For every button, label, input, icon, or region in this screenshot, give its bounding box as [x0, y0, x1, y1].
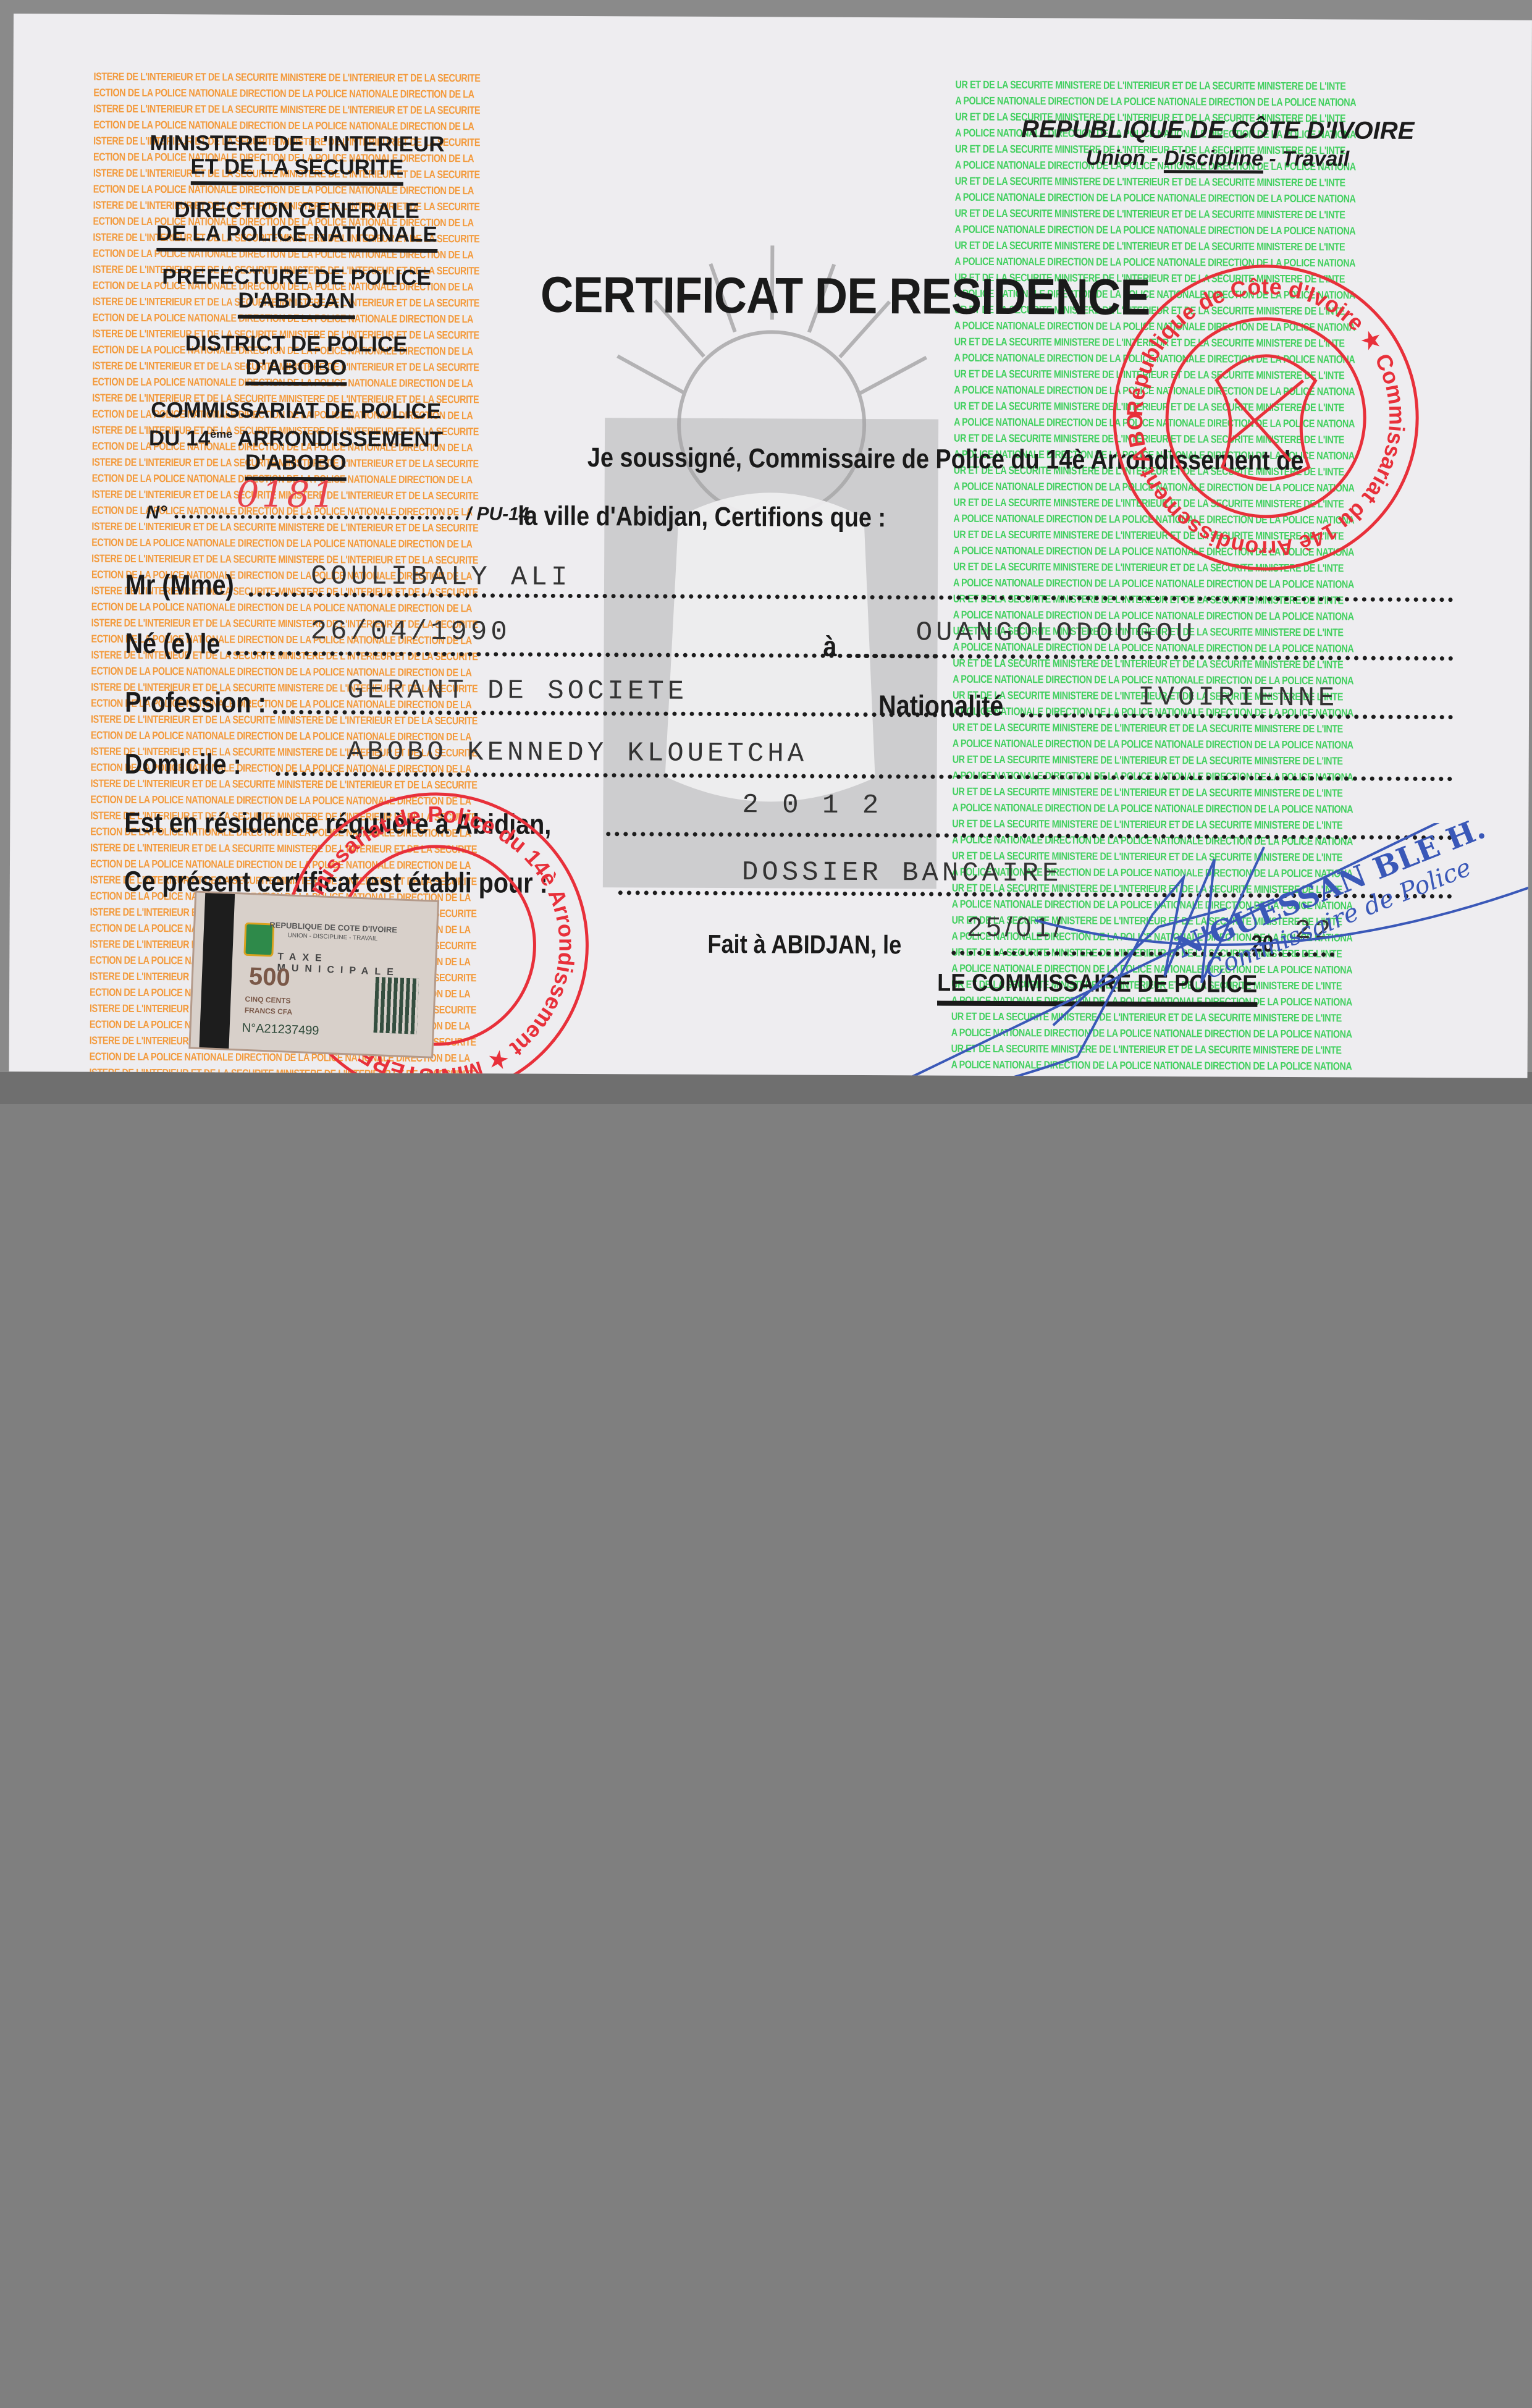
security-text-line: UR ET DE LA SECURITE MINISTERE DE L'INTE…	[952, 784, 1509, 802]
fiscal-stamp-black-band	[199, 893, 235, 1049]
field-profession: Profession : GERANT DE SOCIETE Nationali…	[125, 675, 1453, 724]
fiscal-stamp-serial: N°A21237499	[242, 1021, 319, 1039]
fiscal-stamp-amount-words-line2: FRANCS CFA	[245, 1005, 293, 1018]
number-label: N°	[146, 502, 167, 523]
prefecture-line1: PREFECTURE DE POLICE	[105, 265, 488, 290]
security-text-line: UR ET DE LA SECURITE MINISTERE DE L'INTE…	[955, 173, 1512, 192]
motto-discipline: Discipline	[1164, 146, 1263, 174]
security-text-line: A POLICE NATIONALE DIRECTION DE LA POLIC…	[955, 189, 1512, 208]
name-value: COULIBALY ALI	[311, 561, 571, 593]
security-text-line: A POLICE NATIONALE DIRECTION DE LA POLIC…	[954, 221, 1512, 240]
birth-place-value: OUANGOLODOUGOU	[916, 617, 1197, 649]
datamatrix-code-icon	[374, 977, 419, 1034]
security-text-line: ECTION DE LA POLICE NATIONALE DIRECTION …	[93, 85, 650, 103]
fiscal-stamp-amount-words: CINQ CENTS FRANCS CFA	[245, 994, 293, 1018]
security-text-line: ISTERE DE L'INTERIEUR ET DE LA SECURITE …	[94, 69, 651, 87]
motto-union: Union -	[1086, 146, 1164, 171]
name-label: Mr (Mme)	[125, 568, 234, 602]
ordinal-suffix: ème	[210, 428, 232, 440]
direction-line2: DE LA POLICE NATIONALE	[156, 222, 437, 253]
security-text-line: A POLICE NATIONALE DIRECTION DE LA POLIC…	[955, 93, 1512, 111]
intro-line2: la ville d'Abidjan, Certifions que :	[518, 501, 886, 534]
security-text-line: UR ET DE LA SECURITE MINISTERE DE L'INTE…	[954, 237, 1512, 256]
motto-travail: - Travail	[1263, 147, 1349, 171]
security-text-line: UR ET DE LA SECURITE MINISTERE DE L'INTE…	[955, 77, 1512, 95]
domicile-dotted-line	[276, 772, 1453, 781]
document-title: CERTIFICAT DE RESIDENCE	[541, 266, 1150, 327]
direction-line1: DIRECTION GENERALE	[106, 198, 489, 224]
nationality-label: Nationalité	[878, 688, 1003, 722]
national-motto: Union - Discipline - Travail	[1014, 146, 1421, 172]
commissariat-line2-prefix: DU 14	[149, 426, 210, 450]
commissariat-line2: DU 14ème ARRONDISSEMENT	[104, 422, 487, 452]
commissariat-line2-suffix: ARRONDISSEMENT	[232, 426, 443, 451]
ministry-line1: MINISTERE DE L'INTERIEUR	[106, 132, 489, 157]
republic-header: REPUBLIQUE DE CÔTE D'IVOIRE Union - Disc…	[1014, 116, 1421, 172]
field-domicile: Domicile : ABOBO KENNEDY KLOUETCHA	[125, 737, 1453, 786]
fiscal-stamp-motto: UNION - DISCIPLINE - TRAVAIL	[287, 932, 377, 942]
fiscal-stamp-type: TAXE MUNICIPALE	[277, 952, 435, 980]
profession-value: GERANT DE SOCIETE	[347, 675, 688, 707]
field-birth: Né (e) le 26/04/1990 à OUANGOLODOUGOU	[125, 617, 1453, 665]
nationality-dotted-line	[1021, 713, 1453, 719]
domicile-label: Domicile :	[125, 747, 242, 781]
security-text-line: ISTERE DE L'INTERIEUR ET DE LA SECURITE …	[93, 101, 650, 119]
profession-label: Profession :	[125, 685, 266, 719]
certificate-paper: ISTERE DE L'INTERIEUR ET DE LA SECURITE …	[9, 14, 1532, 1078]
birth-place-dotted-line	[848, 654, 1453, 661]
ministry-line2: ET DE LA SECURITE	[190, 155, 403, 186]
birth-date-value: 26/04/1990	[311, 616, 511, 648]
residence-since-value: 2 0 1 2	[742, 790, 882, 821]
fiscal-stamp-amount: 500	[248, 963, 290, 992]
birth-place-label: à	[823, 630, 836, 663]
name-dotted-line	[249, 593, 1454, 602]
official-seal-stamp-icon: République de Côte d'Ivoire ★ Commissari…	[1105, 256, 1427, 579]
district-line2: D'ABOBO	[245, 356, 347, 386]
certificate-number-line: N° 0181 / PU-14	[146, 502, 529, 525]
handwritten-number: 0181	[236, 473, 337, 516]
commissariat-line1: COMMISSARIAT DE POLICE	[104, 399, 487, 424]
domicile-value: ABOBO KENNEDY KLOUETCHA	[347, 737, 808, 769]
fiscal-stamp: REPUBLIQUE DE COTE D'IVOIRE UNION - DISC…	[188, 890, 439, 1058]
number-field: 0181	[174, 502, 458, 520]
security-text-line: UR ET DE LA SECURITE MINISTERE DE L'INTE…	[955, 205, 1512, 224]
republic-name: REPUBLIQUE DE CÔTE D'IVOIRE	[1014, 116, 1421, 145]
made-at-label: Fait à ABIDJAN, le	[707, 929, 901, 960]
district-line1: DISTRICT DE POLICE	[105, 332, 488, 357]
prefecture-line2: D'ABIDJAN	[238, 289, 355, 319]
issuing-authority-block: MINISTERE DE L'INTERIEUR ET DE LA SECURI…	[104, 132, 489, 495]
birth-date-label: Né (e) le	[125, 627, 220, 661]
nationality-value: IVOIRIENNE	[1138, 682, 1338, 714]
